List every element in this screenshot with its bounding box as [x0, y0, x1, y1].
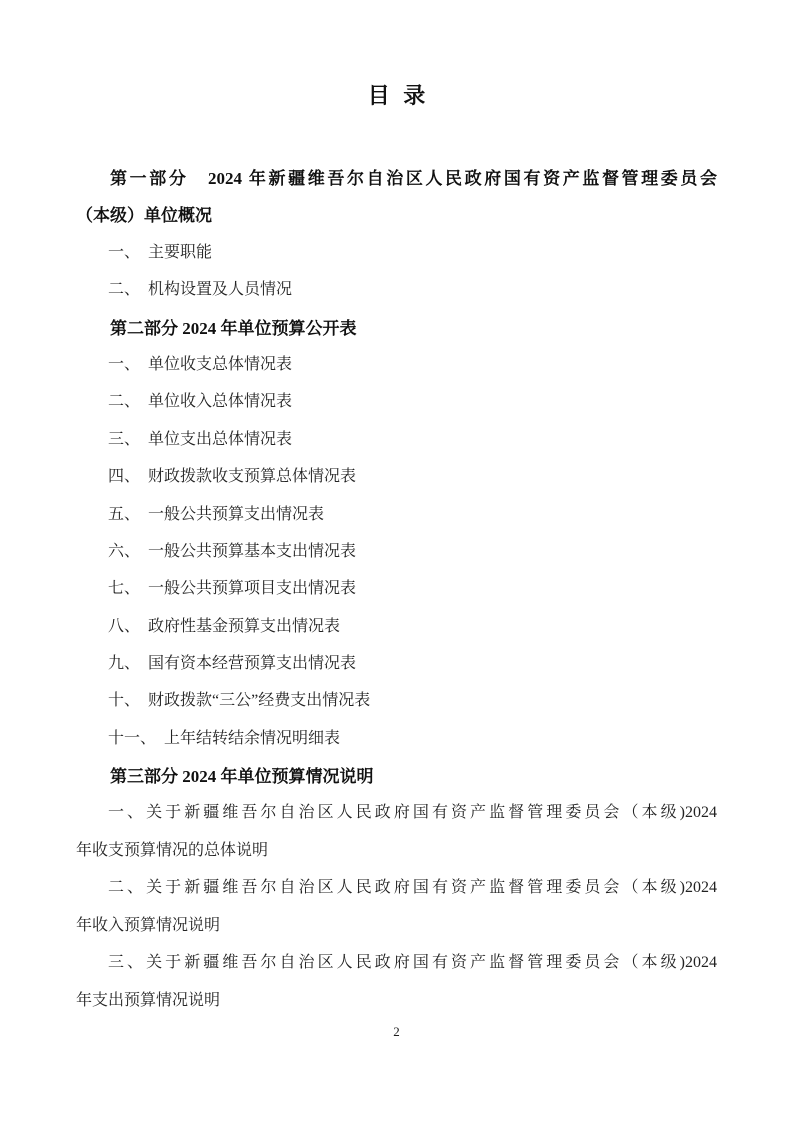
- toc-item: 六、 一般公共预算基本支出情况表: [76, 542, 717, 562]
- toc-item: 二、 机构设置及人员情况: [76, 280, 717, 300]
- toc-item: 一、 单位收支总体情况表: [76, 355, 717, 375]
- toc-item: 二、 单位收入总体情况表: [76, 392, 717, 412]
- toc-item: 一、 主要职能: [76, 243, 717, 263]
- toc-paragraph-line: 年收支预算情况的总体说明: [76, 841, 717, 861]
- document-page: 目 录 第一部分 2024 年新疆维吾尔自治区人民政府国有资产监督管理委员会 （…: [0, 0, 793, 1122]
- toc-item: 八、 政府性基金预算支出情况表: [76, 617, 717, 637]
- toc-paragraph-line: 年收入预算情况说明: [76, 916, 717, 936]
- toc-section-heading: 第二部分 2024 年单位预算公开表: [76, 318, 717, 339]
- toc-item: 三、 单位支出总体情况表: [76, 430, 717, 450]
- toc-section-heading: 第一部分 2024 年新疆维吾尔自治区人民政府国有资产监督管理委员会: [76, 168, 717, 189]
- toc-paragraph-line: 年支出预算情况说明: [76, 991, 717, 1011]
- toc-item: 五、 一般公共预算支出情况表: [76, 505, 717, 525]
- toc-section-heading-continuation: （本级）单位概况: [76, 205, 717, 226]
- toc-item: 十、 财政拨款“三公”经费支出情况表: [76, 691, 717, 711]
- toc-paragraph-line: 二、关于新疆维吾尔自治区人民政府国有资产监督管理委员会（本级)2024: [76, 878, 717, 898]
- toc-paragraph-line: 一、关于新疆维吾尔自治区人民政府国有资产监督管理委员会（本级)2024: [76, 803, 717, 823]
- toc-section-heading: 第三部分 2024 年单位预算情况说明: [76, 766, 717, 787]
- toc-paragraph-line: 三、关于新疆维吾尔自治区人民政府国有资产监督管理委员会（本级)2024: [76, 953, 717, 973]
- toc-item: 四、 财政拨款收支预算总体情况表: [76, 467, 717, 487]
- page-number: 2: [0, 1024, 793, 1040]
- toc-item: 七、 一般公共预算项目支出情况表: [76, 579, 717, 599]
- page-title: 目 录: [0, 79, 793, 110]
- toc-item: 十一、 上年结转结余情况明细表: [76, 729, 717, 749]
- toc-item: 九、 国有资本经营预算支出情况表: [76, 654, 717, 674]
